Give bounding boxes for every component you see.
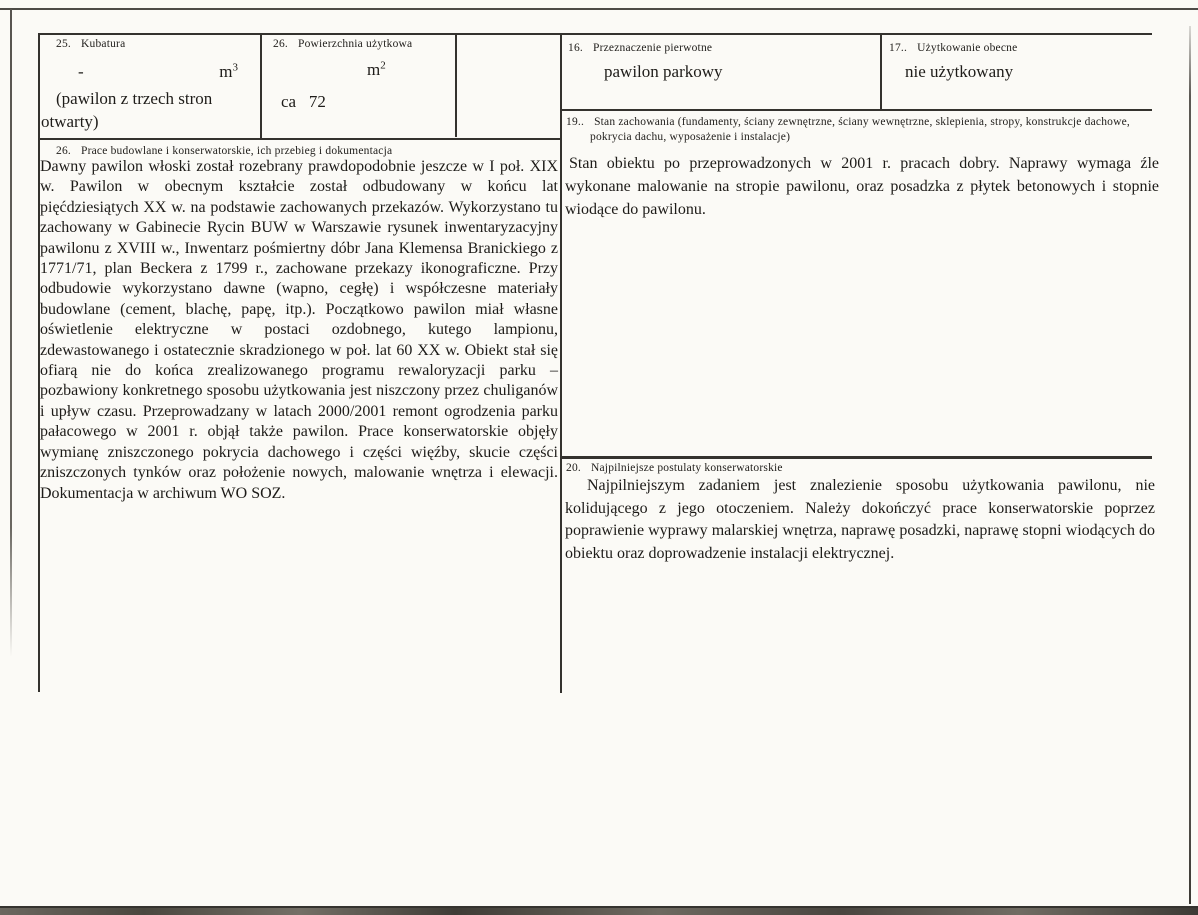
form-top-border <box>38 33 1152 35</box>
center-column-divider <box>560 33 562 693</box>
field-25-value: - m3 <box>78 62 238 82</box>
field-19-text: Stan obiektu po przeprowadzonych w 2001 … <box>565 152 1159 221</box>
field-20-top-border <box>562 456 1152 459</box>
row1-bottom-right <box>562 109 1152 111</box>
kubatura-dash: - <box>78 62 84 82</box>
field-26a-number: 26. <box>273 38 288 50</box>
field-26b-number: 26. <box>56 145 71 157</box>
field-26a-label: 26.Powierzchnia użytkowa <box>273 38 412 50</box>
field-20-label: 20.Najpilniejsze postulaty konserwatorsk… <box>566 462 783 474</box>
field-19-number: 19.. <box>566 116 584 128</box>
scan-edge-top <box>0 8 1198 10</box>
field-20-text: Najpilniejszym zadaniem jest znalezienie… <box>565 475 1155 565</box>
scan-edge-left <box>10 9 12 657</box>
field-26a-value: ca 72 <box>281 92 326 112</box>
field-17-label: 17..Użytkowanie obecne <box>889 42 1017 54</box>
field-25-note-line1: (pawilon z trzech stron <box>56 89 212 109</box>
scan-edge-right <box>1189 26 1191 904</box>
kubatura-unit: m3 <box>219 62 238 82</box>
field-20-number: 20. <box>566 462 581 474</box>
field-26b-text: Dawny pawilon włoski został rozebrany pr… <box>40 157 558 504</box>
field-16-value: pawilon parkowy <box>604 62 723 82</box>
field-16-number: 16. <box>568 42 583 54</box>
box-26-right-border <box>455 33 457 137</box>
divider-25-26 <box>260 33 262 140</box>
scan-edge-bottom-strip <box>0 908 1198 915</box>
row1-bottom-left <box>38 138 562 140</box>
divider-16-17 <box>880 34 882 111</box>
scanned-form-page: 25.Kubatura - m3 (pawilon z trzech stron… <box>0 0 1198 915</box>
field-26b-label: 26.Prace budowlane i konserwatorskie, ic… <box>56 145 392 157</box>
field-25-number: 25. <box>56 38 71 50</box>
field-25-note-line2: otwarty) <box>41 112 99 132</box>
field-26a-unit: m2 <box>367 60 386 80</box>
field-25-label: 25.Kubatura <box>56 38 125 50</box>
field-16-label: 16.Przeznaczenie pierwotne <box>568 42 712 54</box>
field-17-value: nie użytkowany <box>905 62 1013 82</box>
field-17-number: 17.. <box>889 42 907 54</box>
field-19-label: 19..Stan zachowania (fundamenty, ściany … <box>566 115 1150 144</box>
